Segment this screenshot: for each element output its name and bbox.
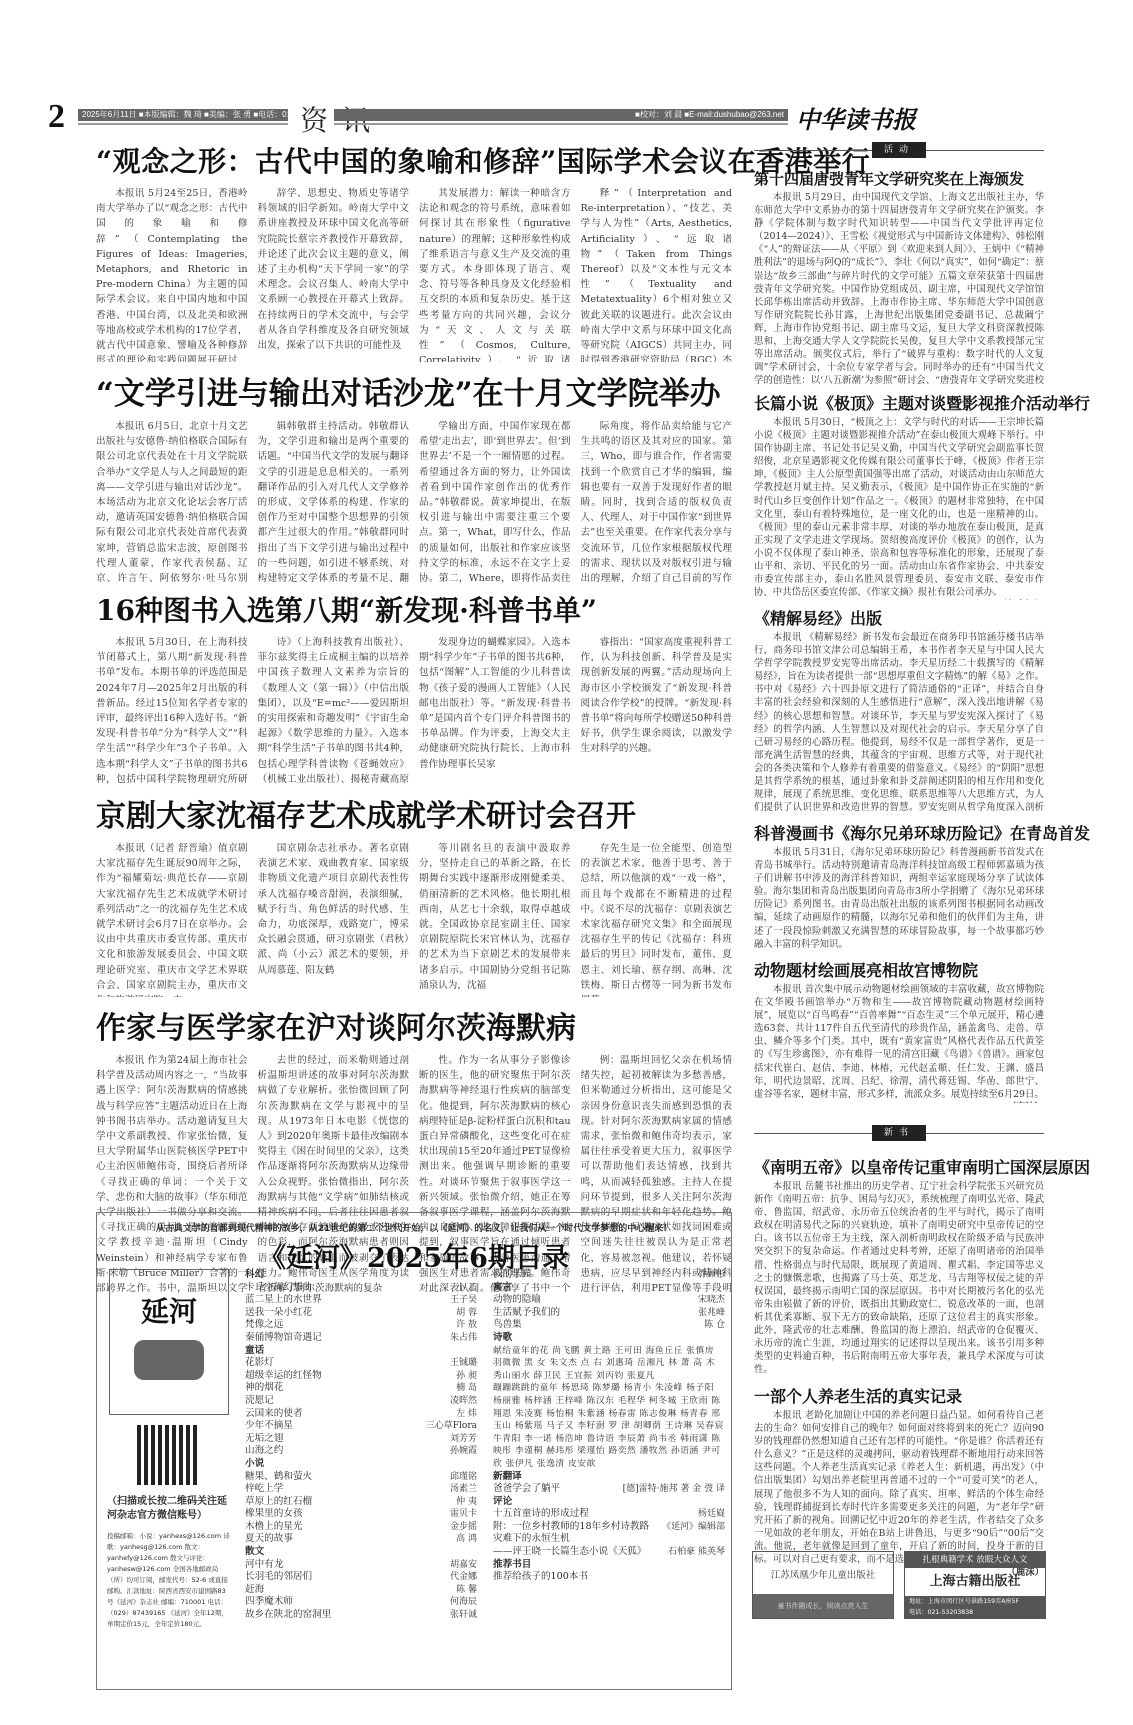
toc-entry-title: 山海之约 xyxy=(245,1445,283,1458)
toc-entry-title: 梵像之远 xyxy=(245,1319,283,1332)
toc-entry: 草原上的红石榴仲 夷 xyxy=(245,1496,477,1509)
brief-byline: （鹿沫） xyxy=(1006,1101,1044,1103)
ad-jiangsu-phoenix[interactable]: 江苏凤凰少年儿童出版社 童书伴随成长，阅读点亮人生 xyxy=(752,1551,894,1619)
toc-entry-title: 神的烟花 xyxy=(245,1382,283,1395)
toc-category: 科幻 xyxy=(245,1269,477,1282)
brief-text: 本报讯 5月30日，“极顶之上：文学与时代的对话——王宗坤长篇小说《极顶》主题对… xyxy=(754,416,1044,599)
toc-entry: ——评王晓一长篇生态小说《天狐》石柏豪 熊英琴 xyxy=(493,1546,725,1559)
toc-entry: 木橹上的星光金步摇 xyxy=(245,1521,477,1534)
toc-entry: 夏天的故事高 鸿 xyxy=(245,1533,477,1546)
newspaper-page: 2 2025年6月11日 ■本版编辑：魏 琦 ■美编：张 勇 ■电话：010-6… xyxy=(0,0,1133,1725)
brief-title: 长篇小说《极顶》主题对谈暨影视推介活动举行 xyxy=(754,391,1044,414)
toc-entry-title: 长羽毛的邻居们 xyxy=(245,1571,312,1584)
toc-entry-title: 故乡在陕北的窑洞里 xyxy=(245,1609,331,1622)
toc-entry-author: 石柏豪 熊英琴 xyxy=(668,1546,725,1559)
magazine-cover-image: 延河 xyxy=(109,1269,229,1415)
toc-category: 小说 xyxy=(245,1458,477,1471)
toc-category: 评论 xyxy=(493,1496,725,1509)
brief-text: 本报讯 5月31日，《海尔兄弟环球历险记》科普漫画新书首发式在青岛书城举行。活动… xyxy=(754,846,1044,951)
article-text: 睿指出：“国家高度重视科普工作，认为科技创新、科学普及是实现创新发展的两翼。”活… xyxy=(581,635,733,757)
article-text: 发现身边的蝴蝶家园》。入选本期“科学少年”子书单的图书共6种，包括“图解”人工智… xyxy=(419,635,571,772)
article-text: 诗》（上海科技教育出版社）、菲尔兹奖得主丘成桐主编的以培养中国孩子数理人文素养为… xyxy=(258,635,410,785)
toc-entry-author: 仲 夷 xyxy=(456,1496,477,1509)
toc-entry: 梵像之远许 敖 xyxy=(245,1319,477,1332)
section-tag-activity: 活动 xyxy=(754,142,1044,158)
toc-entry: 山海之约孙婉霞 xyxy=(245,1445,477,1458)
brief-title: 《南明五帝》以皇帝传记重审南明亡国深层原因 xyxy=(754,1155,1044,1178)
article-text: 其发展潜力：解读一种暗含方法论和观念的符号系统，意味着如何探讨其在形象性（fig… xyxy=(419,186,571,362)
toc-entry-title: 四季魔术师 xyxy=(245,1596,293,1609)
article-salon: “文学引进与输出对话沙龙”在十月文学院举办 本报讯 6月5日，北京十月文艺出版社… xyxy=(96,368,732,585)
toc-entry-author: 何海辰 xyxy=(450,1596,477,1609)
toc-entry: 附：一位乡村教师的18年乡村诗教路《延河》编辑部 xyxy=(493,1521,725,1534)
toc-entry-author: 邱瑾铭 xyxy=(450,1471,477,1484)
toc-entry-title: 鸟兽集 xyxy=(493,1319,522,1332)
masthead: 2 2025年6月11日 ■本版编辑：魏 琦 ■美编：张 勇 ■电话：010-6… xyxy=(48,102,1088,132)
toc-entry-author: [德]雷特·施邦 著 金 弢 译 xyxy=(623,1483,725,1496)
toc-entry: 云国来的使者左 炜 xyxy=(245,1408,477,1421)
toc-entry-title: 花影灯 xyxy=(245,1357,274,1370)
brief-elderly-life: 一部个人养老生活的真实记录 本报讯 老龄化加剧让中国的养老问题日益凸显。如何看待… xyxy=(754,1384,1044,1579)
toc-entry: 十五首童诗的形成过程杨廷嶷 xyxy=(493,1508,725,1521)
ad-shanghai-guji[interactable]: 扎根典籍学术 放眼大众人文 上海古籍出版社 地址：上海市闵行区号景路159弄A座… xyxy=(904,1551,1046,1619)
subscription-info: 投稿邮箱：小说：yanhexs@126.com 诗歌：yanhesg@126.c… xyxy=(107,1531,231,1630)
toc-entry-title: 河中有龙 xyxy=(245,1559,283,1572)
article-peking-opera: 京剧大家沈福存艺术成就学术研讨会召开 本报讯（记者 舒晋瑜）值京剧大家沈福存先生… xyxy=(96,791,732,997)
publisher-ads: 江苏凤凰少年儿童出版社 童书伴随成长，阅读点亮人生 扎根典籍学术 放眼大众人文 … xyxy=(752,1551,1046,1619)
toc-entry-author: 张兆峰 xyxy=(698,1307,725,1320)
article-text: 际角度，将作品卖给能与它产生共鸣的语区及其对应的国家。第三，Who，即与谁合作，… xyxy=(581,419,733,585)
masthead-info-right: ■校对：刘 晨 ■E-mail:dushubao@263.net xyxy=(334,109,788,121)
toc-entry-author: 乔婵彤 xyxy=(698,1269,725,1282)
toc-entry-title: 涜愿记 xyxy=(245,1395,274,1408)
brief-nanming: 《南明五帝》以皇帝传记重审南明亡国深层原因 本报讯 岳麓书社推出的历史学者、辽宁… xyxy=(754,1155,1044,1376)
article-title: “观念之形：古代中国的象喻和修辞”国际学术会议在香港举行 xyxy=(96,140,732,180)
masthead-info-left: 2025年6月11日 ■本版编辑：魏 琦 ■美编：张 勇 ■电话：010-670… xyxy=(78,109,288,121)
toc-entry-author: 汤素兰 xyxy=(450,1483,477,1496)
toc-entry: 长羽毛的邻居们代金娜 xyxy=(245,1571,477,1584)
toc-entry-title: 草原上的红石榴 xyxy=(245,1496,312,1509)
brief-title: 第十四届唐弢青年文学研究奖在上海颁发 xyxy=(754,168,1044,189)
toc-entry-author: 左 炜 xyxy=(456,1408,477,1421)
toc-entry-author: 《延河》编辑部 xyxy=(662,1521,725,1534)
brief-title: 动物题材绘画展亮相故宫博物院 xyxy=(754,958,1044,981)
article-title: 16种图书入选第八期“新发现·科普书单” xyxy=(96,589,732,629)
toc-entry: 橡果里的女孩雷贝卡 xyxy=(245,1508,477,1521)
article-title: 京剧大家沈福存艺术成就学术研讨会召开 xyxy=(96,791,732,835)
right-news-column: 活动 第十四届唐弢青年文学研究奖在上海颁发 本报讯 5月29日，由中国现代文学馆… xyxy=(754,140,1044,1579)
ad-slogan: 扎根典籍学术 放眼大众人文 xyxy=(905,1552,1045,1568)
toc-entry-author: 朱占伟 xyxy=(450,1332,477,1345)
toc-entry-author: 楠 岛 xyxy=(456,1382,477,1395)
article-text: 本报讯 5月24至25日，香港岭南大学举办了以“观念之形：古代中国的象喻和修辞”… xyxy=(96,186,248,362)
toc-entry-author: 宋晓杰 xyxy=(698,1294,725,1307)
toc-entry-author: 孙 昶 xyxy=(456,1370,477,1383)
toc-entry-title: 木橹上的星光 xyxy=(245,1521,303,1534)
toc-entry-title: 云国来的使者 xyxy=(245,1408,303,1421)
toc-category: 寓言 xyxy=(493,1282,725,1295)
toc-entry: 爸爸学会了躺平[德]雷特·施邦 著 金 弢 译 xyxy=(493,1483,725,1496)
brief-yijing: 《精解易经》出版 本报讯 《精解易经》新书发布会最近在商务印书馆涵芬楼书店举行，… xyxy=(754,606,1044,815)
toc-entry-author: 金步摇 xyxy=(450,1521,477,1534)
article-text: 释”（Interpretation and Re-interpretation）… xyxy=(581,186,733,362)
toc-list-right: 我的乐园乔婵彤寓言动物的隐喻宋晓杰生活赋予我们的张兆峰鸟兽集陈 仓诗歌献给童年的… xyxy=(493,1269,725,1584)
article-text: 学输出方面，中国作家现在都希望‘走出去’，即‘到世界去’。但‘到世界去’不是一个… xyxy=(419,419,571,585)
toc-category: 童话 xyxy=(245,1345,477,1358)
toc-entry-title: 卡丘空间幻想曲 xyxy=(245,1282,312,1295)
article-science-booklist: 16种图书入选第八期“新发现·科普书单” 本报讯 5月30日，在上海科技节闭幕式… xyxy=(96,589,732,785)
article-title: 作家与医学家在沪对谈阿尔茨海默病 xyxy=(96,1003,732,1047)
toc-entry-title: 少年不摘星 xyxy=(245,1420,293,1433)
toc-entry-title: 糖果、鹤和萤火 xyxy=(245,1471,312,1484)
toc-entry-title: 十五首童诗的形成过程 xyxy=(493,1508,589,1521)
toc-entry: 神的烟花楠 岛 xyxy=(245,1382,477,1395)
article-text: 国京剧杂志社承办。著名京剧表演艺术家、戏曲教育家、国家级非物质文化遗产项目京剧代… xyxy=(258,841,410,978)
toc-entry-author: 凌晖然 xyxy=(450,1395,477,1408)
toc-entry: 灾难下的永恒生机 xyxy=(493,1533,725,1546)
toc-category: 散文 xyxy=(245,1546,477,1559)
toc-entry-title: 推荐给孩子的100本书 xyxy=(493,1571,588,1584)
article-text: 辞学、思想史、物质史等诸学科领域的旧学新知。岭南大学中文系讲座教授及环球中国文化… xyxy=(258,186,410,353)
toc-poem-list: 献给童年的花 尚飞鹏 黄土路 王可田 海鱼丘丘 张慎房 羽微微 黑 女 朱文杰 … xyxy=(493,1345,725,1383)
toc-entry-title: 赶海 xyxy=(245,1584,264,1597)
toc-entry-title: 附：一位乡村教师的18年乡村诗教路 xyxy=(493,1521,649,1534)
toc-entry: 蓝二星上的水世界王子昊 xyxy=(245,1294,477,1307)
toc-entry: 赶海陈 馨 xyxy=(245,1584,477,1597)
toc-entry: 无垢之翅刘芳芳 xyxy=(245,1433,477,1446)
toc-entry: 涜愿记凌晖然 xyxy=(245,1395,477,1408)
ad-contact: 地址：上海市闵行区号景路159弄A座5F 电话：021-53203838 xyxy=(905,1596,1045,1618)
toc-entry-author: 雷贝卡 xyxy=(450,1508,477,1521)
article-conference: “观念之形：古代中国的象喻和修辞”国际学术会议在香港举行 本报讯 5月24至25… xyxy=(96,140,732,362)
toc-entry: 故乡在陕北的窑洞里张轩诚 xyxy=(245,1609,477,1622)
brief-text: 本报讯 5月29日，由中国现代文学馆、上海文艺出版社主办，华东师范大学中文系协办… xyxy=(754,191,1044,385)
toc-entry: 推荐给孩子的100本书 xyxy=(493,1571,725,1584)
toc-entry-author: 代金娜 xyxy=(450,1571,477,1584)
main-news-column: “观念之形：古代中国的象喻和修辞”国际学术会议在香港举行 本报讯 5月24至25… xyxy=(96,140,732,1293)
toc-entry-author: 胡嘉安 xyxy=(450,1559,477,1572)
toc-entry-title: ——评王晓一长篇生态小说《天狐》 xyxy=(493,1546,647,1559)
toc-entry-author: 高 鸿 xyxy=(456,1533,477,1546)
magazine-logo: 延河 xyxy=(110,1290,228,1330)
toc-entry: 卡丘空间幻想曲小 乙 xyxy=(245,1282,477,1295)
article-text: 本报讯 5月30日，在上海科技节闭幕式上，第八期“新发现·科普书单”发布。本期书… xyxy=(96,635,248,785)
toc-entry-title: 蓝二星上的水世界 xyxy=(245,1294,322,1307)
toc-entry: 送我一朵小红花胡 蓉 xyxy=(245,1307,477,1320)
newspaper-brand-logo: 中华读书报 xyxy=(796,100,916,135)
toc-entry: 生活赋予我们的张兆峰 xyxy=(493,1307,725,1320)
toc-entry: 河中有龙胡嘉安 xyxy=(245,1559,477,1572)
brief-palace-museum: 动物题材绘画展亮相故宫博物院 本报讯 首次集中展示动物题材绘画领域的丰富收藏，故… xyxy=(754,958,1044,1103)
qr-caption: （扫描或长按二维码关注延河杂志官方微信账号） xyxy=(107,1495,231,1523)
toc-entry-author: 刘芳芳 xyxy=(450,1433,477,1446)
toc-entry: 秦俑博物馆奇遇记朱占伟 xyxy=(245,1332,477,1345)
toc-entry-author: 许 敖 xyxy=(456,1319,477,1332)
masthead-rule-right xyxy=(334,123,788,125)
yanhe-magazine-toc-ad: 从古典文学的首都到现代精神的故乡，从21世纪的第二个世代开始，以《延河》的名义，… xyxy=(96,1212,732,1690)
ad-slogan: 从古典文学的首都到现代精神的故乡，从21世纪的第二个世代开始，以《延河》的名义，… xyxy=(97,1221,731,1234)
section-tag-new-books: 新书 xyxy=(754,1125,1044,1141)
toc-entry-title: 爸爸学会了躺平 xyxy=(493,1483,560,1496)
page-number: 2 xyxy=(48,102,65,132)
toc-entry: 糖果、鹤和萤火邱瑾铭 xyxy=(245,1471,477,1484)
toc-entry-author: 孙婉霞 xyxy=(450,1445,477,1458)
article-title: “文学引进与输出对话沙龙”在十月文学院举办 xyxy=(96,368,732,413)
toc-entry-title: 动物的隐喻 xyxy=(493,1294,541,1307)
qr-code-icon[interactable] xyxy=(137,1425,197,1485)
brief-title: 《精解易经》出版 xyxy=(754,606,1044,629)
brief-title: 科普漫画书《海尔兄弟环球历险记》在青岛首发 xyxy=(754,821,1044,844)
ad-publisher-name: 上海古籍出版社 xyxy=(905,1568,1045,1596)
article-text: 辑韩敬群主持活动。韩敬群认为，文学引进和输出是两个重要的话题。“中国当代文学的发… xyxy=(258,419,410,585)
brief-text: 本报讯 老龄化加剧让中国的养老问题日益凸显。如何看待自己老去的生命？如何安排自己… xyxy=(754,1409,1044,1566)
article-text: 等川剧名旦的表演中汲取养分，坚持走自己的革新之路，在长期舞台实践中逐渐形成刚健柔… xyxy=(419,841,571,993)
toc-entry-author: 陈 馨 xyxy=(456,1584,477,1597)
brief-byline: （鲁大智） xyxy=(997,599,1044,600)
brief-haier-comic: 科普漫画书《海尔兄弟环球历险记》在青岛首发 本报讯 5月31日，《海尔兄弟环球历… xyxy=(754,821,1044,952)
toc-entry: 少年不摘星三心草Flora xyxy=(245,1420,477,1433)
toc-entry-author: 三心草Flora xyxy=(426,1420,477,1433)
brief-tangtao-award: 第十四届唐弢青年文学研究奖在上海颁发 本报讯 5月29日，由中国现代文学馆、上海… xyxy=(754,168,1044,385)
toc-entry-author: 杨廷嶷 xyxy=(698,1508,725,1521)
toc-entry: 梓屹上学汤素兰 xyxy=(245,1483,477,1496)
ad-slogan: 童书伴随成长，阅读点亮人生 xyxy=(753,1594,893,1618)
masthead-rule-left xyxy=(78,123,288,125)
toc-category: 诗歌 xyxy=(493,1332,725,1345)
toc-entry-author: 小 乙 xyxy=(456,1282,477,1295)
brief-jiding-novel: 长篇小说《极顶》主题对谈暨影视推介活动举行 本报讯 5月30日，“极顶之上：文学… xyxy=(754,391,1044,600)
toc-entry: 我的乐园乔婵彤 xyxy=(493,1269,725,1282)
toc-category: 推荐书目 xyxy=(493,1559,725,1572)
cover-artwork-icon xyxy=(134,1340,204,1380)
toc-entry-title: 橡果里的女孩 xyxy=(245,1508,303,1521)
brief-text: 本报讯 首次集中展示动物题材绘画领域的丰富收藏，故宫博物院在文华殿书画馆举办“万… xyxy=(754,983,1044,1101)
toc-entry-title: 秦俑博物馆奇遇记 xyxy=(245,1332,322,1345)
article-text: 本报讯 6月5日，北京十月文艺出版社与安德鲁·纳伯格联合国际有限公司北京代表处在… xyxy=(96,419,248,585)
brief-title: 一部个人养老生活的真实记录 xyxy=(754,1384,1044,1407)
toc-entry-author: 王子昊 xyxy=(450,1294,477,1307)
toc-entry: 鸟兽集陈 仓 xyxy=(493,1319,725,1332)
toc-entry: 四季魔术师何海辰 xyxy=(245,1596,477,1609)
toc-entry-title: 无垢之翅 xyxy=(245,1433,283,1446)
toc-entry-title: 生活赋予我们的 xyxy=(493,1307,560,1320)
toc-entry-title: 我的乐园 xyxy=(493,1269,531,1282)
article-text: 本报讯（记者 舒晋瑜）值京剧大家沈福存先生诞辰90周年之际，作为“福耀菊坛·典范… xyxy=(96,841,248,997)
toc-entry: 超级幸运的红怪物孙 昶 xyxy=(245,1370,477,1383)
toc-poem-list: 蹦蹦跳跳的童年 杨思琦 陈梦璐 杨青小 朱凌峰 杨子阳 杨丽雅 杨梓涵 王梓峰 … xyxy=(493,1382,725,1470)
toc-entry-title: 超级幸运的红怪物 xyxy=(245,1370,322,1383)
toc-list-left: 科幻卡丘空间幻想曲小 乙蓝二星上的水世界王子昊送我一朵小红花胡 蓉梵像之远许 敖… xyxy=(245,1269,477,1622)
toc-category: 新翻译 xyxy=(493,1471,725,1484)
toc-entry-author: 张轩诚 xyxy=(450,1609,477,1622)
toc-entry-title: 灾难下的永恒生机 xyxy=(493,1533,570,1546)
brief-text: 本报讯 岳麓书社推出的历史学者、辽宁社会科学院张玉兴研究员新作《南明五帝：抗争、… xyxy=(754,1180,1044,1376)
ad-publisher-name: 江苏凤凰少年儿童出版社 xyxy=(753,1552,893,1596)
toc-entry: 花影灯王铖璐 xyxy=(245,1357,477,1370)
toc-entry-title: 送我一朵小红花 xyxy=(245,1307,312,1320)
brief-text: 本报讯 《精解易经》新书发布会最近在商务印书馆涵芬楼书店举行，商务印书馆文津公司… xyxy=(754,631,1044,815)
toc-entry-author: 胡 蓉 xyxy=(456,1307,477,1320)
toc-entry-title: 梓屹上学 xyxy=(245,1483,283,1496)
toc-entry-author: 陈 仓 xyxy=(704,1319,725,1332)
toc-entry-author: 王铖璐 xyxy=(450,1357,477,1370)
toc-entry-title: 夏天的故事 xyxy=(245,1533,293,1546)
article-text: 存先生是一位全能型、创造型的表演艺术家，他善于思考、善于总结，所以他演的戏“一戏… xyxy=(581,841,733,997)
toc-entry: 动物的隐喻宋晓杰 xyxy=(493,1294,725,1307)
